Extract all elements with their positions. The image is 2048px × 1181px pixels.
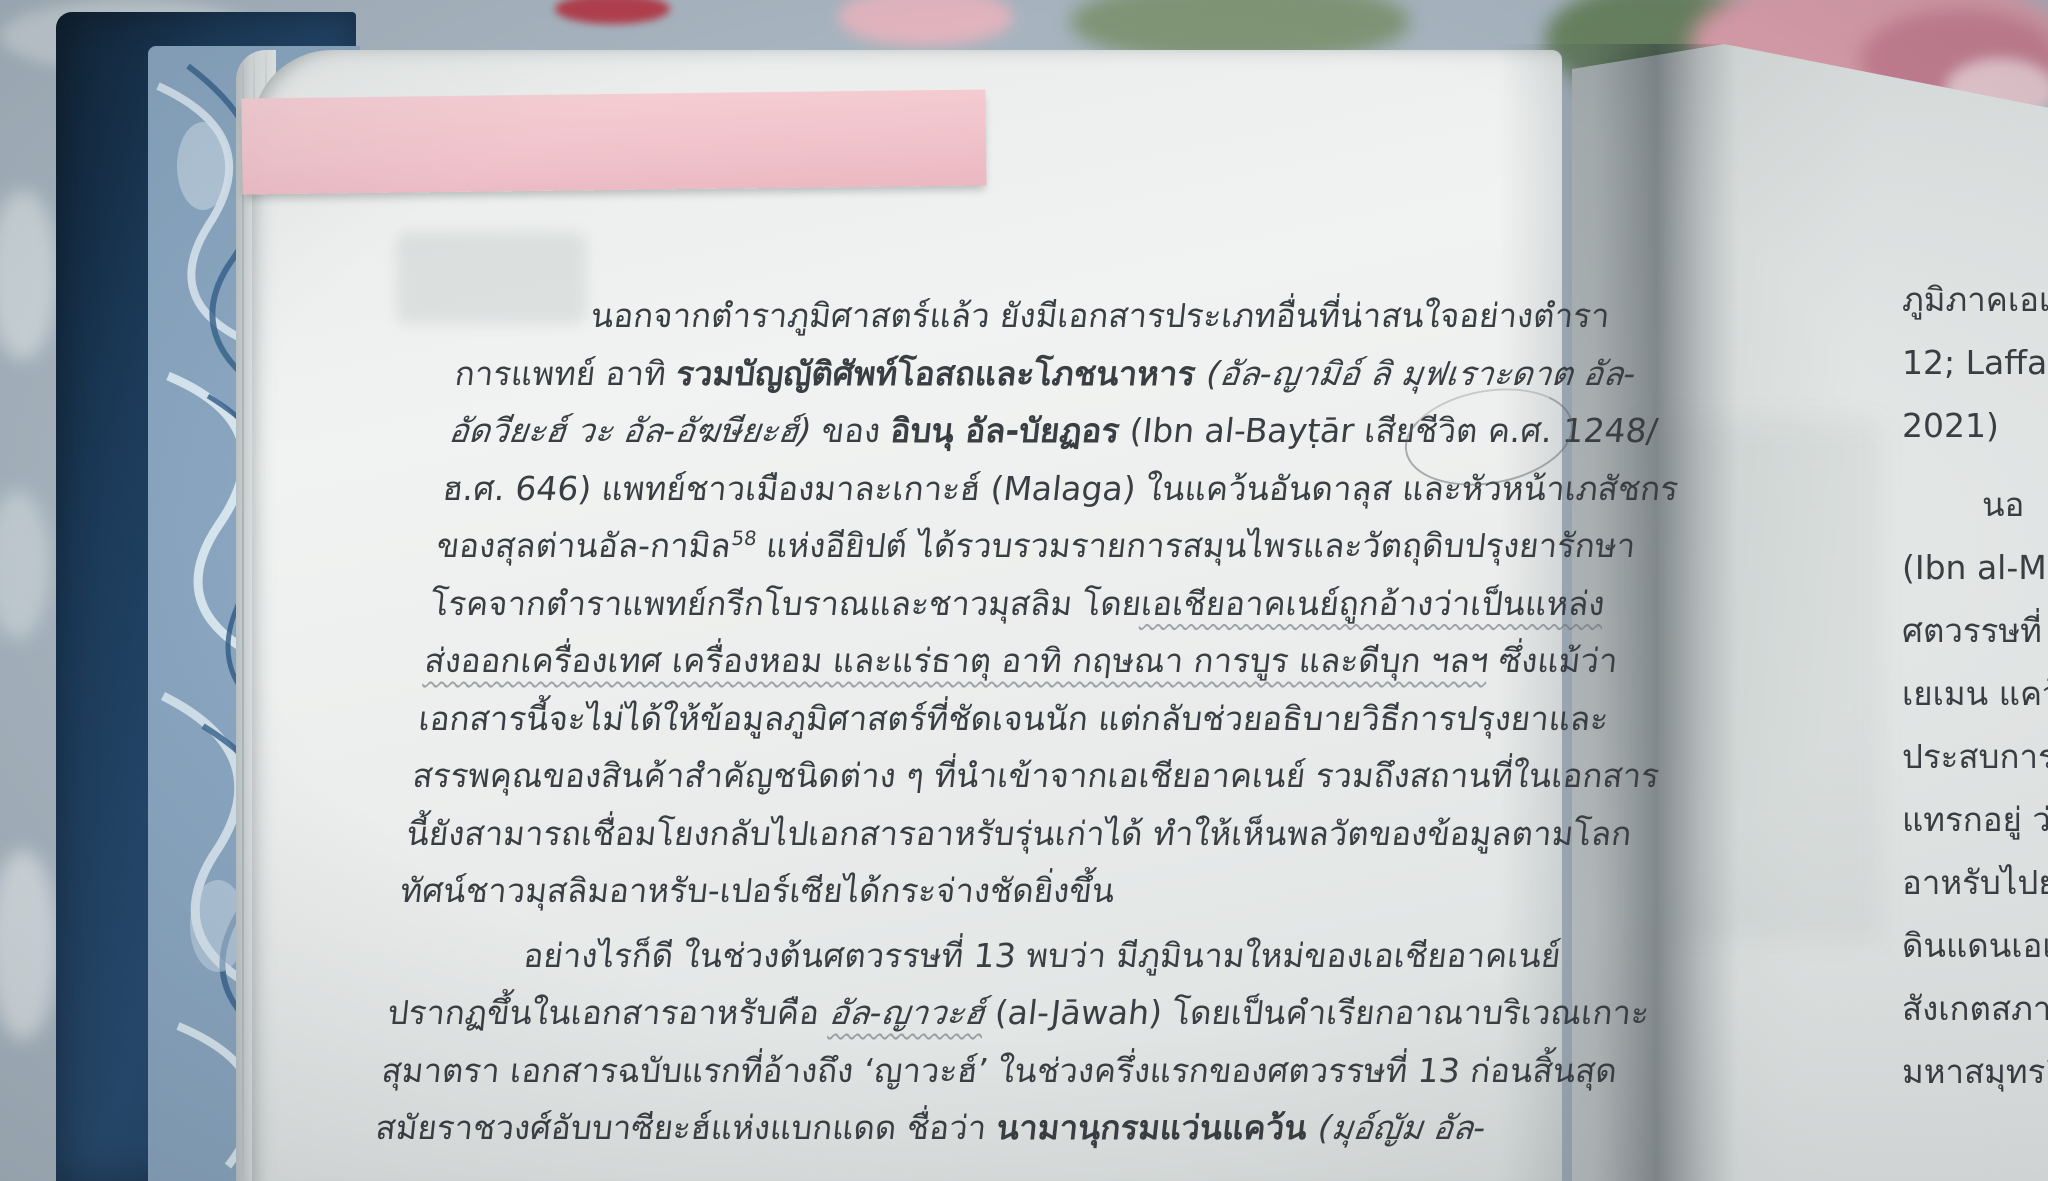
text-line: โรคจากตำราแพทย์กรีกโบราณและชาวมุสลิม โดย… <box>428 575 1514 633</box>
text-segment: นามานุกรมแว่นแคว้น <box>995 1108 1321 1147</box>
text-segment: อิบนุ อัล-บัยฏอร <box>889 411 1122 450</box>
paragraph: นอกจากตำราภูมิศาสตร์แล้ว ยังมีเอกสารประเ… <box>398 287 1544 920</box>
paragraph: อย่างไรก็ดี ในช่วงต้นศตวรรษที่ 13 พบว่า … <box>373 927 1477 1157</box>
fabric-pattern <box>0 490 50 640</box>
text-segment: (อัล-ญามิอ์ ลิ มุฟเราะดาต อัล- <box>1205 354 1638 393</box>
text-line-fragment: สังเกตสภา <box>1902 977 2048 1040</box>
text-line: ของสุลต่านอัล-กามิล58 แห่งอียิปต์ ได้รวบ… <box>434 517 1520 575</box>
text-segment: อัดวียะฮ์ วะ อัล-อัฆษียะฮ์) <box>447 411 813 450</box>
left-page-text: นอกจากตำราภูมิศาสตร์แล้ว ยังมีเอกสารประเ… <box>372 287 1544 1164</box>
text-line: ฮ.ศ. 646) แพทย์ชาวเมืองมาละเกาะฮ์ (Malag… <box>440 460 1526 518</box>
book-photo: นอกจากตำราภูมิศาสตร์แล้ว ยังมีเอกสารประเ… <box>0 0 2048 1181</box>
paragraph-gap <box>1902 457 2048 473</box>
text-segment: เอกสารนี้จะไม่ได้ให้ข้อมูลภูมิศาสตร์ที่ช… <box>417 699 1611 738</box>
text-segment: แห่งอียิปต์ ได้รวบรวมรายการสมุนไพรและวัต… <box>754 526 1638 565</box>
text-line: อย่างไรก็ดี ในช่วงต้นศตวรรษที่ 13 พบว่า … <box>391 927 1477 985</box>
text-segment: นอกจากตำราภูมิศาสตร์แล้ว ยังมีเอกสารประเ… <box>589 296 1612 335</box>
text-line: เอกสารนี้จะไม่ได้ให้ข้อมูลภูมิศาสตร์ที่ช… <box>416 690 1502 748</box>
fabric-flower-pink <box>838 0 1013 46</box>
text-line-fragment: ศตวรรษที่ <box>1902 599 2048 662</box>
pencil-underlined-text: เอเชียอาคเนย์ถูกอ้างว่าเป็นแหล่ง <box>1139 584 1606 623</box>
pencil-underlined-text: อัล-ญาวะฮ์ <box>828 993 987 1032</box>
text-line-fragment: ประสบการ <box>1902 725 2048 788</box>
text-line-fragment: ภูมิภาคเอเชี <box>1902 268 2048 331</box>
right-page-text: ภูมิภาคเอเชี12; Laffan,2021)นอ(Ibn al-Mu… <box>1902 268 2048 1181</box>
text-line: นอกจากตำราภูมิศาสตร์แล้ว ยังมีเอกสารประเ… <box>458 287 1544 345</box>
text-line: สรรพคุณของสินค้าสำคัญชนิดต่าง ๆ ที่นำเข้… <box>410 747 1496 805</box>
text-line: ทัศน์ชาวมุสลิมอาหรับ-เปอร์เซียได้กระจ่าง… <box>398 862 1484 920</box>
pencil-underlined-text: ส่งออกเครื่องเทศ เครื่องหอม และแร่ธาตุ อ… <box>423 641 1491 680</box>
text-segment: ปรากฏขึ้นในเอกสารอาหรับคือ <box>386 993 832 1032</box>
text-line-fragment: อาหรับไปย <box>1902 851 2048 914</box>
text-line: ส่งออกเครื่องเทศ เครื่องหอม และแร่ธาตุ อ… <box>422 632 1508 690</box>
text-segment: สมัยราชวงศ์อับบาซียะฮ์แห่งแบกแดด ชื่อว่า <box>374 1108 999 1147</box>
text-line: นี้ยังสามารถเชื่อมโยงกลับไปเอกสารอาหรับร… <box>404 805 1490 863</box>
text-segment: สรรพคุณของสินค้าสำคัญชนิดต่าง ๆ ที่นำเข้… <box>411 756 1661 795</box>
page-edge-line <box>242 50 244 1181</box>
text-segment: (Ibn al-Bayṭār เสียชีวิต ค.ศ. 1248/ <box>1117 411 1659 450</box>
text-line: อัดวียะฮ์ วะ อัล-อัฆษียะฮ์) ของ อิบนุ อั… <box>446 402 1532 460</box>
text-line: สุมาตรา เอกสารฉบับแรกที่อ้างถึง ‘ญาวะฮ์’… <box>379 1042 1465 1100</box>
text-line-fragment: 2021) <box>1902 394 2048 457</box>
text-line-fragment: นอ <box>1902 473 2048 536</box>
text-line: สมัยราชวงศ์อับบาซียะฮ์แห่งแบกแดด ชื่อว่า… <box>373 1099 1459 1157</box>
text-segment: ของสุลต่านอัล-กามิล <box>435 526 733 565</box>
text-segment: ซึ่งแม้ว่า <box>1486 641 1619 680</box>
sticky-note[interactable] <box>241 89 986 194</box>
pencil-underlined-text: 58 <box>730 527 758 550</box>
text-line-fragment: 12; Laffan, <box>1902 331 2048 394</box>
text-segment: (al-Jāwah) โดยเป็นคำเรียกอาณาบริเวณเกาะ <box>983 993 1651 1032</box>
text-segment: (มุอ์ญัม อัล- <box>1316 1108 1487 1147</box>
text-segment: นี้ยังสามารถเชื่อมโยงกลับไปเอกสารอาหรับร… <box>405 814 1634 853</box>
text-segment: อย่างไรก็ดี ในช่วงต้นศตวรรษที่ 13 พบว่า … <box>522 936 1563 975</box>
text-line-fragment: ดินแดนเอเ <box>1902 914 2048 977</box>
text-segment: โรคจากตำราแพทย์กรีกโบราณและชาวมุสลิม โดย <box>429 584 1144 623</box>
text-segment: ทัศน์ชาวมุสลิมอาหรับ-เปอร์เซียได้กระจ่าง… <box>399 871 1117 910</box>
text-line: ปรากฏขึ้นในเอกสารอาหรับคือ อัล-ญาวะฮ์ (a… <box>385 984 1471 1042</box>
text-line-fragment: เยเมน แคว้ <box>1902 662 2048 725</box>
text-line-fragment: (Ibn al-Mu <box>1902 536 2048 599</box>
text-segment: การแพทย์ อาทิ <box>453 354 679 393</box>
text-segment: สุมาตรา เอกสารฉบับแรกที่อ้างถึง ‘ญาวะฮ์’… <box>380 1051 1619 1090</box>
text-line-fragment: แทรกอยู่ ว่ <box>1902 788 2048 851</box>
fabric-pattern <box>0 190 58 360</box>
text-line-fragment: มหาสมุทรอิ <box>1902 1040 2048 1103</box>
text-segment: ของ <box>809 411 893 450</box>
fabric-pattern <box>555 0 670 24</box>
text-line: การแพทย์ อาทิ รวมบัญญัติศัพท์โอสถและโภชน… <box>452 345 1538 403</box>
fabric-pattern <box>0 850 58 1040</box>
text-segment: รวมบัญญัติศัพท์โอสถและโภชนาหาร <box>674 354 1209 393</box>
